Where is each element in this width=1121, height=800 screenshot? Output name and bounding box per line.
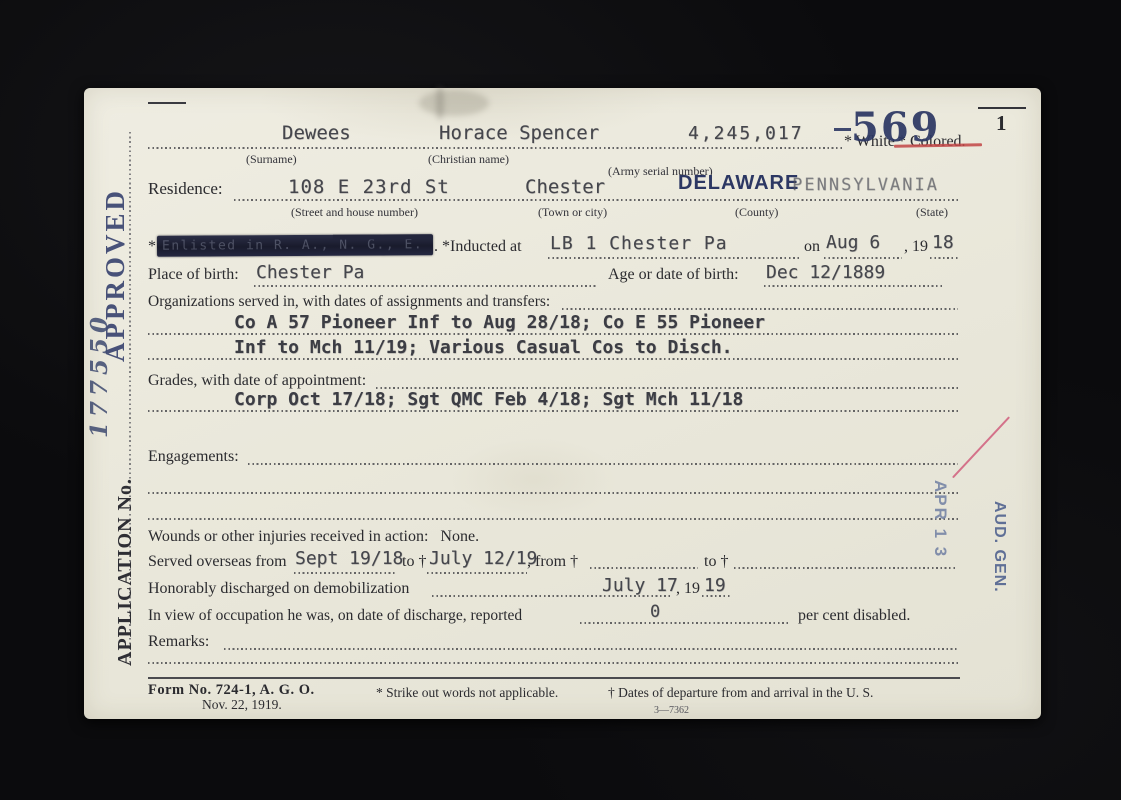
state-label: (State) <box>916 205 948 220</box>
card-number-stamp: 569 <box>851 104 941 151</box>
dotted-line <box>148 518 960 520</box>
form-date: Nov. 22, 1919. <box>202 697 282 713</box>
surname-label: (Surname) <box>246 152 297 167</box>
dotted-line <box>148 333 960 335</box>
dotted-line <box>248 463 958 465</box>
service-record-card: Dewees Horace Spencer 4,245,017 * White … <box>84 88 1041 719</box>
disability-suffix: per cent disabled. <box>798 607 910 625</box>
dotted-line <box>148 410 960 412</box>
inducted-on-label: on <box>804 238 820 256</box>
induction-year-value: 18 <box>932 232 954 253</box>
dotted-line <box>234 199 960 201</box>
disability-label: In view of occupation he was, on date of… <box>148 607 522 625</box>
induction-date-value: Aug 6 <box>826 232 880 253</box>
pencil-mark <box>436 86 444 120</box>
town-value: Chester <box>525 176 605 198</box>
dotted-line <box>548 257 800 259</box>
discharge-date-value: July 17 <box>602 575 678 596</box>
discharge-year-value: 19 <box>704 575 726 596</box>
top-dash-mark <box>148 102 186 104</box>
place-of-birth-label: Place of birth: <box>148 266 239 284</box>
inducted-label: . *Inducted at <box>434 238 522 256</box>
dotted-line <box>294 572 396 574</box>
pencil-smudge <box>419 90 489 116</box>
discharge-year-prefix: , 19 <box>676 580 700 598</box>
county-stamp: DELAWARE <box>678 172 799 195</box>
dotted-line <box>148 147 844 149</box>
photo-background: { "card": { "header": { "surname_value":… <box>0 0 1121 800</box>
overseas-from2-label: , from † <box>527 553 578 571</box>
wounds-row: Wounds or other injuries received in act… <box>148 528 479 546</box>
strike-note: * Strike out words not applicable. <box>376 685 558 701</box>
organizations-line2: Inf to Mch 11/19; Various Casual Cos to … <box>234 337 733 358</box>
inducted-at-value: LB 1 Chester Pa <box>550 233 728 254</box>
street-value: 108 E 23rd St <box>288 176 450 198</box>
overseas-to2-label: to † <box>704 553 728 571</box>
footer-rule <box>148 677 960 679</box>
overline-mark <box>978 107 1026 109</box>
wounds-value: None. <box>440 528 479 545</box>
dotted-line <box>580 622 790 624</box>
application-number-label: APPLICATION No. <box>114 370 137 666</box>
dotted-line <box>764 285 944 287</box>
dotted-line <box>734 567 956 569</box>
apr-date-stamp: APR 1 3 <box>930 480 950 575</box>
aud-gen-stamp: AUD. GEN. <box>990 501 1008 613</box>
dotted-line <box>562 308 958 310</box>
pink-pen-mark <box>952 416 1010 478</box>
dotted-line <box>702 595 732 597</box>
birth-date-label: Age or date of birth: <box>608 266 739 284</box>
grades-value: Corp Oct 17/18; Sgt QMC Feb 4/18; Sgt Mc… <box>234 389 743 410</box>
grades-label: Grades, with date of appointment: <box>148 372 366 390</box>
birth-date-value: Dec 12/1889 <box>766 262 885 283</box>
dagger-note: † Dates of departure from and arrival in… <box>608 685 873 701</box>
state-value: PENNSYLVANIA <box>792 175 939 195</box>
dotted-line <box>427 572 527 574</box>
stamp-dash-mark <box>834 128 851 131</box>
place-of-birth-value: Chester Pa <box>256 262 364 283</box>
enlisted-asterisk: * <box>148 238 156 256</box>
application-number-handwritten: 177550 <box>86 270 113 438</box>
overseas-label: Served overseas from <box>148 553 287 571</box>
remarks-label: Remarks: <box>148 633 209 651</box>
induction-year-prefix: , 19 <box>904 238 928 256</box>
dotted-line <box>590 567 698 569</box>
dotted-line <box>148 358 960 360</box>
dotted-line <box>930 257 958 259</box>
dotted-line <box>148 662 960 664</box>
serial-number-value: 4,245,017 <box>688 123 804 144</box>
enlisted-redaction-bar: Enlisted in R. A., N. G., E. R. C <box>157 234 433 256</box>
print-code: 3—7362 <box>654 705 689 716</box>
enlisted-redacted-text: Enlisted in R. A., N. G., E. R. C <box>157 237 433 254</box>
dotted-line <box>824 257 902 259</box>
discharge-label: Honorably discharged on demobilization <box>148 580 409 598</box>
overseas-to1-label: to † <box>402 553 426 571</box>
organizations-line1: Co A 57 Pioneer Inf to Aug 28/18; Co E 5… <box>234 312 765 333</box>
overseas-to1-value: July 12/19 <box>429 548 537 569</box>
wounds-label: Wounds or other injuries received in act… <box>148 528 428 545</box>
dotted-line <box>148 492 960 494</box>
redaction-notch <box>333 234 433 240</box>
street-label: (Street and house number) <box>291 205 418 220</box>
surname-value: Dewees <box>282 122 351 144</box>
christian-name-value: Horace Spencer <box>439 122 599 144</box>
organizations-label: Organizations served in, with dates of a… <box>148 293 550 311</box>
page-number: 1 <box>996 111 1007 136</box>
engagements-label: Engagements: <box>148 448 239 466</box>
disability-value: 0 <box>650 602 660 622</box>
town-label: (Town or city) <box>538 205 607 220</box>
christian-name-label: (Christian name) <box>428 152 509 167</box>
dotted-line <box>224 648 958 650</box>
residence-label: Residence: <box>148 179 223 199</box>
county-label: (County) <box>735 205 778 220</box>
dotted-line <box>254 285 596 287</box>
overseas-from1-value: Sept 19/18 <box>295 548 403 569</box>
